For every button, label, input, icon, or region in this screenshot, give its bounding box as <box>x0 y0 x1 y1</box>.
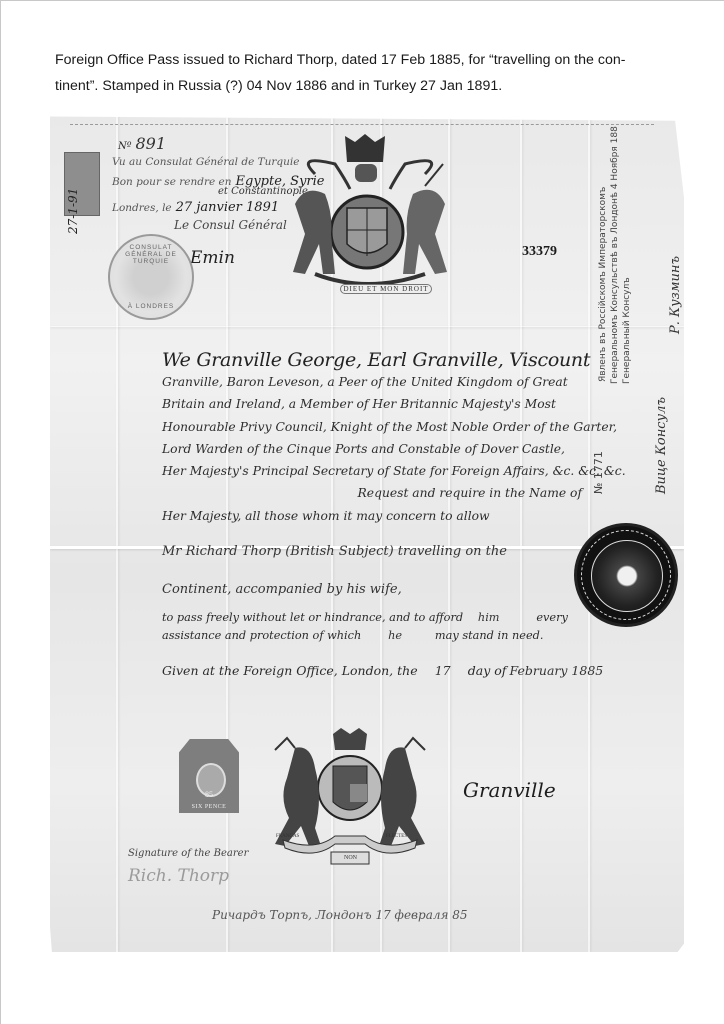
turkish-consulate-seal: CONSULAT GÉNÉRAL DE TURQUIE À LONDRES <box>108 234 194 320</box>
form-line-2: assistance and protection of which he ma… <box>162 627 582 645</box>
granville-motto-center: NON <box>344 855 357 861</box>
bearer-line-2: Continent, accompanied by his wife, <box>162 571 582 609</box>
double-headed-eagle-icon <box>591 540 663 612</box>
fold-line <box>116 114 118 952</box>
pass-heading: We Granville George, Earl Granville, Vis… <box>162 349 582 371</box>
pass-line: Granville, Baron Leveson, a Peer of the … <box>162 371 582 393</box>
visa-line-1: Vu au Consulat Général de Turquie <box>112 156 299 168</box>
pass-request: Request and require in the Name of <box>162 482 582 504</box>
document-caption: Foreign Office Pass issued to Richard Th… <box>55 47 695 99</box>
ru-vice-consul-name: Р. Кузминъ <box>668 256 683 334</box>
granville-signature: Granville <box>463 778 556 802</box>
form-line-1: to pass freely without let or hindrance,… <box>162 609 582 627</box>
russian-handwritten-note: Ричардъ Торпъ, Лондонъ 17 февраля 85 <box>212 908 468 922</box>
russian-consulate-seal <box>574 523 678 627</box>
russian-consulate-endorsement: Явленъ въ Россійскомъ Императорскомъ Ген… <box>598 194 653 494</box>
caption-line-1: Foreign Office Pass issued to Richard Th… <box>55 47 695 73</box>
fold-line <box>588 114 590 952</box>
caption-line-2: tinent”. Stamped in Russia (?) 04 Nov 18… <box>55 73 695 99</box>
pass-line: Honourable Privy Council, Knight of the … <box>162 416 582 438</box>
pass-line: Britain and Ireland, a Member of Her Bri… <box>162 393 582 415</box>
granville-coat-of-arms-icon <box>265 728 435 870</box>
granville-motto-right: FLECTES <box>386 834 407 839</box>
bearer-signature-label: Signature of the Bearer <box>128 848 248 859</box>
pass-body: We Granville George, Earl Granville, Vis… <box>162 349 582 679</box>
serial-number: 33379 <box>522 244 557 260</box>
pass-line: Her Majesty's Principal Secretary of Sta… <box>162 460 582 482</box>
pass-request-2: Her Majesty, all those whom it may conce… <box>162 505 582 527</box>
bearer-signature: Rich. Thorp <box>128 866 229 886</box>
six-pence-fee-stamp: 85 SIX PENCE <box>179 739 239 813</box>
ru-line-2: Генеральномъ Консульствѣ въ Лондонѣ 4 Но… <box>610 126 620 384</box>
fold-crease <box>50 326 684 327</box>
royal-motto: DIEU ET MON DROIT <box>340 284 432 294</box>
passport-sheet: 27-1-91 Nº891 Vu au Consulat Général de … <box>50 114 684 952</box>
stamp-date: 27-1-91 <box>66 188 80 234</box>
visa-number: Nº891 <box>118 134 166 153</box>
royal-coat-of-arms-icon <box>275 134 465 294</box>
bearer-line-1: Mr Richard Thorp (British Subject) trave… <box>162 533 582 571</box>
ru-line-1: Явленъ въ Россійскомъ Императорскомъ <box>598 187 608 382</box>
turkish-consul-signature: Emin <box>190 248 235 268</box>
given-line: Given at the Foreign Office, London, the… <box>162 663 582 679</box>
visa-line-4: Londres, le 27 janvier 1891 <box>112 198 279 216</box>
granville-motto-left: FRANGAS <box>276 834 299 839</box>
perforation-line <box>70 124 654 125</box>
ru-vice-consul-title: Вице Консулъ <box>654 397 669 494</box>
pass-line: Lord Warden of the Cinque Ports and Cons… <box>162 438 582 460</box>
visa-line-5: Le Consul Général <box>174 218 287 232</box>
ru-line-3: Генеральный Консулъ <box>622 277 632 384</box>
